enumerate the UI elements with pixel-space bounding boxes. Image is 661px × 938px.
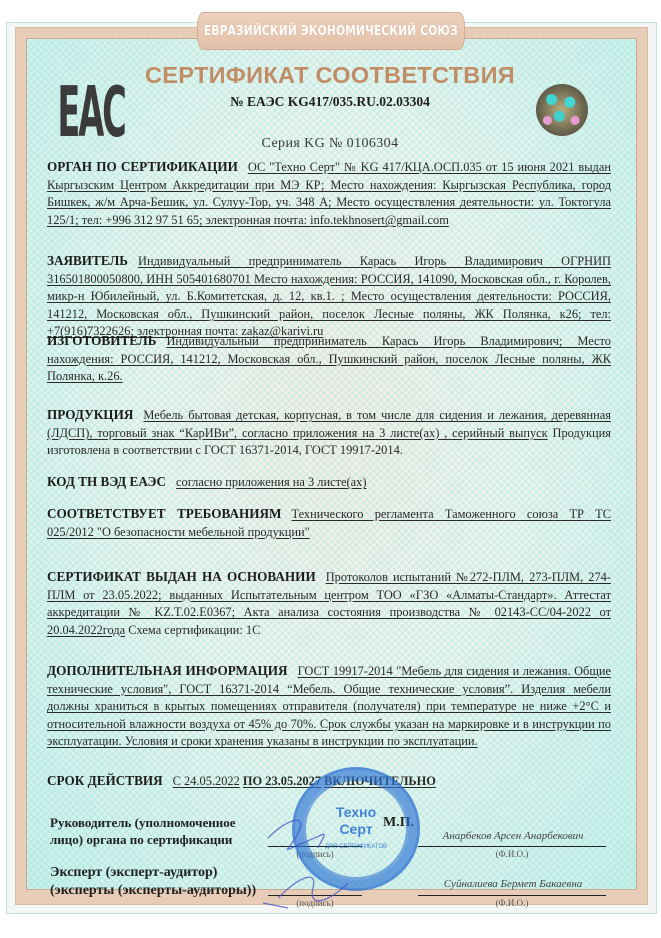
round-seal-icon: Техно Серт ДЛЯ СЕРТИФИКАТОВ bbox=[292, 767, 420, 891]
section-label: ОРГАН ПО СЕРТИФИКАЦИИ bbox=[47, 159, 238, 174]
certificate-number: № ЕАЭС KG417/035.RU.02.03304 bbox=[130, 94, 530, 110]
union-banner: ЕВРАЗИЙСКИЙ ЭКОНОМИЧЕСКИЙ СОЮЗ bbox=[197, 12, 465, 50]
banner-text: ЕВРАЗИЙСКИЙ ЭКОНОМИЧЕСКИЙ СОЮЗ bbox=[204, 24, 458, 39]
section-value: согласно приложения на 3 листе(ах) bbox=[176, 475, 366, 489]
certificate-title: СЕРТИФИКАТ СООТВЕТСТВИЯ bbox=[130, 62, 530, 89]
certificate-series: Серия KG № 0106304 bbox=[130, 136, 530, 152]
section-label: ПРОДУКЦИЯ bbox=[47, 407, 133, 422]
validity-from: С 24.05.2022 bbox=[173, 774, 240, 788]
head-signatory-label: Руководитель (уполномоченное лицо) орган… bbox=[50, 814, 236, 848]
head-name-line bbox=[418, 846, 606, 847]
expert-signature-caption: (подпись) bbox=[268, 898, 362, 908]
section-value: Индивидуальный предприниматель Карась Иг… bbox=[47, 254, 611, 338]
expert-full-name: Суйналиева Бермет Бакаевна bbox=[420, 878, 606, 890]
section-hs-code: КОД ТН ВЭД ЕАЭСсогласно приложения на 3 … bbox=[47, 473, 611, 492]
section-additional-info: ДОПОЛНИТЕЛЬНАЯ ИНФОРМАЦИЯГОСТ 19917-2014… bbox=[47, 662, 611, 751]
section-applicant: ЗАЯВИТЕЛЬИндивидуальный предприниматель … bbox=[47, 252, 611, 341]
section-product: ПРОДУКЦИЯМебель бытовая детская, корпусн… bbox=[47, 406, 611, 460]
section-label: КОД ТН ВЭД ЕАЭС bbox=[47, 474, 166, 489]
section-label: СРОК ДЕЙСТВИЯ bbox=[47, 773, 163, 788]
section-issued-basis: СЕРТИФИКАТ ВЫДАН НА ОСНОВАНИИПротоколов … bbox=[47, 568, 611, 639]
section-label: ЗАЯВИТЕЛЬ bbox=[47, 253, 128, 268]
expert-name-line bbox=[418, 895, 606, 896]
certificate-content: EAC СЕРТИФИКАТ СООТВЕТСТВИЯ № ЕАЭС KG417… bbox=[0, 0, 661, 938]
expert-signatory-label: Эксперт (эксперт-аудитор) (эксперты (экс… bbox=[50, 864, 256, 900]
expert-name-caption: (Ф.И.О.) bbox=[418, 898, 606, 908]
head-full-name: Анарбеков Арсен Анарбекович bbox=[420, 830, 606, 842]
eac-mark-icon: EAC bbox=[62, 78, 120, 148]
section-label: ДОПОЛНИТЕЛЬНАЯ ИНФОРМАЦИЯ bbox=[47, 663, 288, 678]
section-label: СООТВЕТСТВУЕТ ТРЕБОВАНИЯМ bbox=[47, 506, 282, 521]
section-manufacturer: ИЗГОТОВИТЕЛЬИндивидуальный предпринимате… bbox=[47, 332, 611, 386]
hologram-seal-icon bbox=[536, 84, 588, 136]
section-certification-body: ОРГАН ПО СЕРТИФИКАЦИИОС "Техно Серт" № K… bbox=[47, 158, 611, 229]
section-conforms-to: СООТВЕТСТВУЕТ ТРЕБОВАНИЯМТехнического ре… bbox=[47, 505, 611, 541]
section-label: СЕРТИФИКАТ ВЫДАН НА ОСНОВАНИИ bbox=[47, 569, 316, 584]
section-note: Схема сертификации: 1С bbox=[125, 623, 260, 637]
section-label: ИЗГОТОВИТЕЛЬ bbox=[47, 333, 156, 348]
expert-signature-line bbox=[268, 895, 362, 896]
head-name-caption: (Ф.И.О.) bbox=[418, 849, 606, 859]
